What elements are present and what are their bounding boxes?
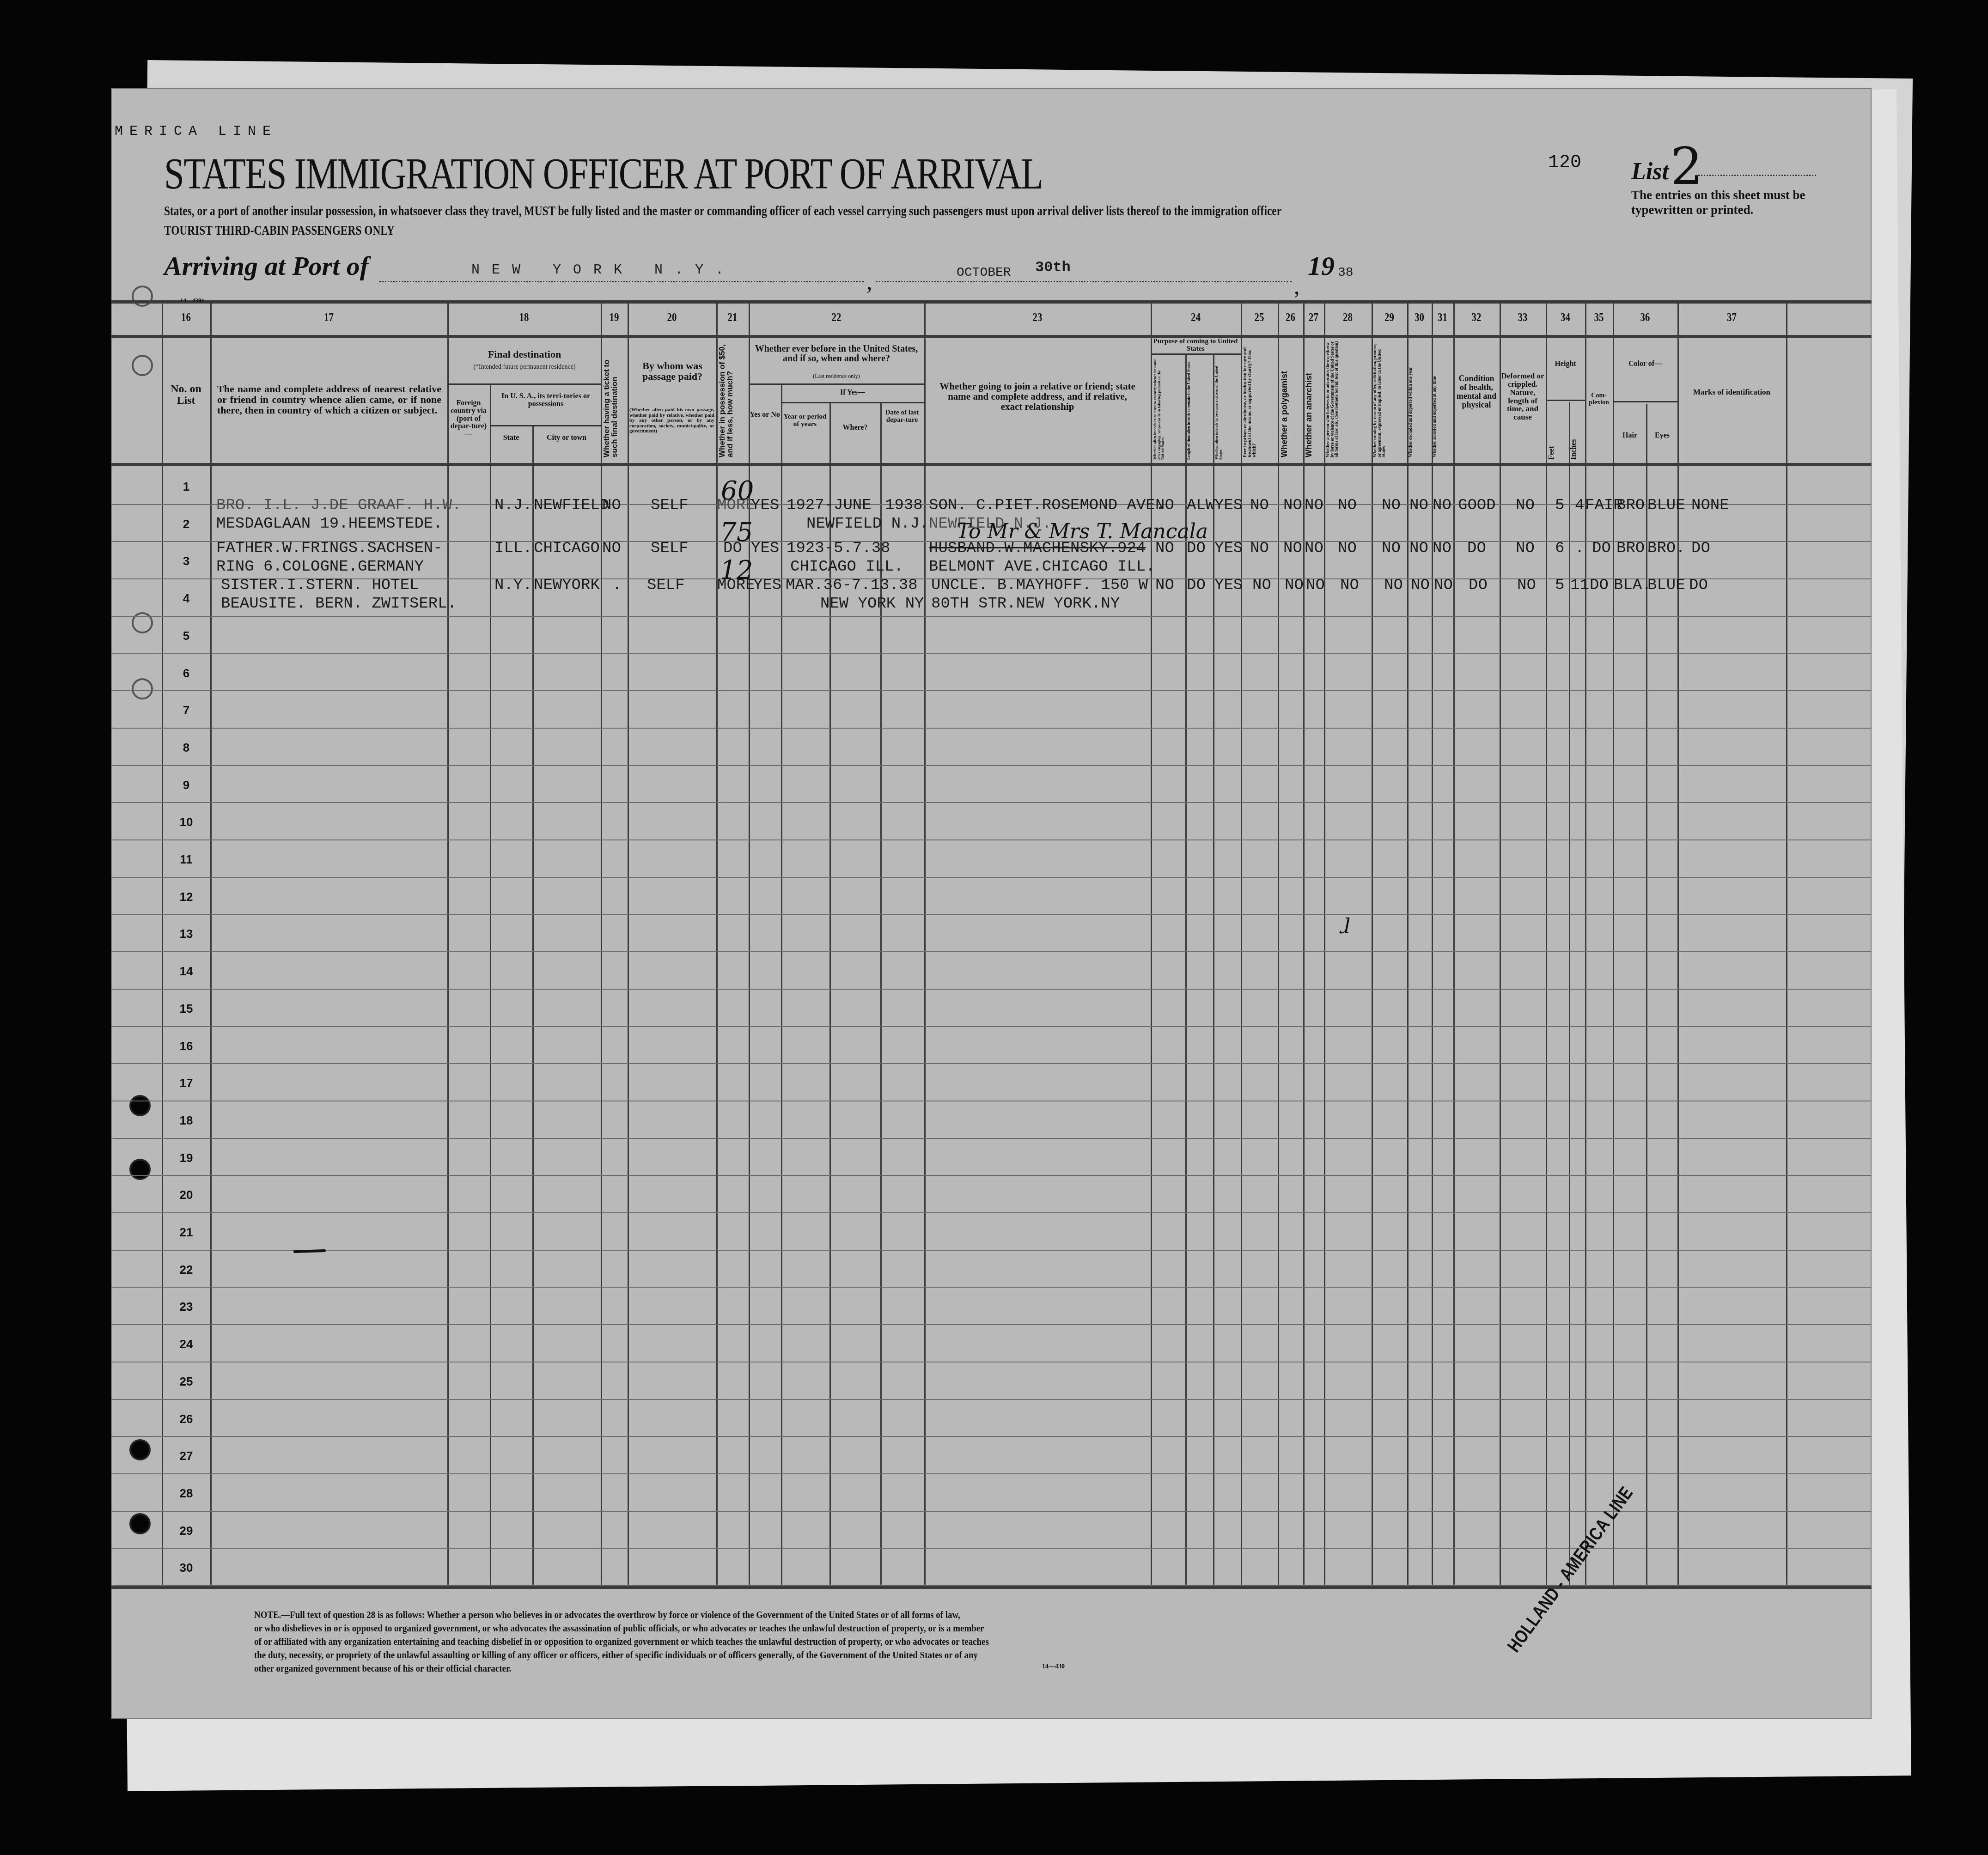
before-date: 1938 xyxy=(885,497,923,514)
row-rule xyxy=(111,877,1872,878)
prison: NO xyxy=(1250,497,1269,514)
row-rule xyxy=(111,653,1872,654)
col-rule xyxy=(601,300,602,1585)
col-num-21: 21 xyxy=(720,310,745,324)
dest-city: NEWFIELD xyxy=(534,497,609,514)
dest-city: NEWYORK xyxy=(534,577,600,594)
row-number: 7 xyxy=(170,703,202,718)
before-where: NEW YORK NY xyxy=(820,595,924,613)
relative-line2: BEAUSITE. BERN. ZWITSERL. xyxy=(221,595,457,613)
hair-color: BLA. xyxy=(1614,577,1652,594)
before-yes: YES xyxy=(751,540,779,557)
height-inches: . xyxy=(1575,540,1584,557)
length-of-stay: ALW xyxy=(1187,497,1215,514)
col-num-23: 23 xyxy=(947,310,1128,324)
question-28: NO xyxy=(1338,497,1357,514)
polygamist: NO xyxy=(1285,577,1304,594)
sub-rule xyxy=(490,425,601,426)
question-29: NO xyxy=(1384,577,1403,594)
sub-rule xyxy=(749,383,924,385)
manifest-table: 14—430c xyxy=(111,300,1872,1594)
col-rule xyxy=(490,383,491,1585)
row-rule xyxy=(111,914,1872,915)
col-num-26: 26 xyxy=(1281,310,1301,324)
col-num-34: 34 xyxy=(1550,310,1581,324)
row-number: 16 xyxy=(170,1039,202,1053)
row-rule xyxy=(111,951,1872,952)
paid-by: SELF xyxy=(647,577,685,594)
row-rule xyxy=(111,1175,1872,1176)
header-state: State xyxy=(490,434,532,442)
question-30: NO xyxy=(1409,540,1428,557)
col-num-33: 33 xyxy=(1504,310,1541,324)
col-rule xyxy=(1546,300,1547,1585)
intends-return: NO xyxy=(1155,497,1174,514)
sub-rule xyxy=(447,383,601,385)
header-if-yes: If Yes— xyxy=(781,389,924,397)
header-purpose: Purpose of coming to United States xyxy=(1152,338,1239,353)
col-num-29: 29 xyxy=(1375,310,1404,324)
col-num-32: 32 xyxy=(1458,310,1495,324)
anarchist: NO xyxy=(1305,497,1323,514)
sub-rule xyxy=(781,402,924,403)
before-yes: YES xyxy=(751,497,779,514)
complexion: DO xyxy=(1590,577,1609,594)
polygamist: NO xyxy=(1283,497,1302,514)
year-prefix: 19 xyxy=(1308,250,1335,281)
dest-state: N.J. xyxy=(494,497,532,514)
header-color-of: Color of— xyxy=(1614,360,1677,368)
port-dotline xyxy=(379,281,864,282)
col-num-16: 16 xyxy=(167,310,206,324)
date-dotline xyxy=(876,281,1292,282)
table-bottom-rule xyxy=(111,1586,1872,1589)
list-number: 2 xyxy=(1671,137,1703,196)
money-handwritten: 75 xyxy=(720,517,753,547)
row-number: 12 xyxy=(170,890,202,904)
prison: NO xyxy=(1252,577,1271,594)
before-period: 1927-JUNE xyxy=(787,497,872,514)
height-feet: 5 xyxy=(1555,577,1564,594)
marks: DO xyxy=(1689,577,1708,594)
health: DO xyxy=(1469,577,1488,594)
header-inches: Inches xyxy=(1570,418,1584,460)
header-arrested-deported: Whether arrested and deported at any tim… xyxy=(1433,340,1452,457)
row-number: 5 xyxy=(170,629,202,643)
row-number: 15 xyxy=(170,1002,202,1016)
header-number-rule xyxy=(111,335,1872,338)
col-rule xyxy=(210,300,212,1585)
page-title: STATES IMMIGRATION OFFICER AT PORT OF AR… xyxy=(164,148,1043,199)
col-rule xyxy=(924,300,926,1585)
row-rule xyxy=(111,989,1872,990)
col-rule xyxy=(532,425,534,1585)
header-final-destination-sub: (*Intended future permanent residence) xyxy=(451,364,598,371)
join-line1: HUSBAND.W.MACHENSKY.924 xyxy=(929,540,1146,557)
row-rule xyxy=(111,1026,1872,1027)
row-rule xyxy=(111,802,1872,803)
form-code-top: 14—430c xyxy=(180,297,204,304)
row-number: 1 xyxy=(170,480,202,494)
row-number: 23 xyxy=(170,1300,202,1314)
col-rule xyxy=(1432,300,1433,1585)
row-number: 9 xyxy=(170,778,202,792)
comma: , xyxy=(866,268,872,295)
col-rule xyxy=(1500,300,1501,1585)
row-number: 2 xyxy=(170,517,202,531)
header-complexion: Com-plexion xyxy=(1586,393,1612,406)
col-rule xyxy=(1407,300,1409,1585)
header-date-last-departure: Date of last depar-ture xyxy=(881,409,923,424)
question-29: NO xyxy=(1382,497,1401,514)
col-num-37: 37 xyxy=(1689,310,1775,324)
marks: NONE xyxy=(1691,497,1729,514)
row-rule xyxy=(111,1101,1872,1101)
row-number: 26 xyxy=(170,1412,202,1426)
complexion: DO xyxy=(1592,540,1611,557)
form-code-bottom: 14—430 xyxy=(1042,1663,1065,1671)
header-bottom-rule xyxy=(111,463,1872,466)
join-line2: 80TH STR.NEW YORK.NY xyxy=(931,595,1120,613)
row-number: 18 xyxy=(170,1113,202,1128)
col-num-28: 28 xyxy=(1329,310,1366,324)
col-rule xyxy=(1786,300,1787,1585)
sub-rule xyxy=(1613,401,1677,402)
money-handwritten: 12 xyxy=(720,555,753,585)
intends-return: NO xyxy=(1155,540,1174,557)
comma: , xyxy=(1294,273,1300,299)
header-no-on-list: No. on List xyxy=(164,383,208,407)
deformed: NO xyxy=(1516,540,1535,557)
intends-citizen: YES xyxy=(1214,497,1243,514)
footnote-line: the duty, necessity, or propriety of the… xyxy=(254,1648,989,1661)
col-num-22: 22 xyxy=(766,310,907,324)
row-number: 29 xyxy=(170,1524,202,1538)
header-year-period: Year or period of years xyxy=(782,414,828,428)
row-number: 10 xyxy=(170,815,202,829)
row-rule xyxy=(111,765,1872,766)
before-where: CHICAGO ILL. xyxy=(790,558,903,576)
col-num-30: 30 xyxy=(1409,310,1429,324)
dest-state: N.Y. xyxy=(494,577,532,594)
header-ever-before: Whether ever before in the United States… xyxy=(751,344,922,364)
col-rule xyxy=(628,300,629,1585)
question-31: NO xyxy=(1433,540,1451,557)
ticket: NO xyxy=(602,540,621,557)
manifest-sheet: MERICA LINE STATES IMMIGRATION OFFICER A… xyxy=(111,88,1872,1719)
footnote-line: other organized government because of hi… xyxy=(254,1661,989,1675)
eye-color: BLUE xyxy=(1647,497,1685,514)
row-number: 24 xyxy=(170,1337,202,1351)
ticket: . xyxy=(612,577,622,594)
length-of-stay: DO xyxy=(1187,540,1206,557)
col-rule xyxy=(162,300,163,1585)
row-rule xyxy=(111,1212,1872,1213)
col-num-18: 18 xyxy=(463,310,585,324)
dest-state: ILL. xyxy=(494,540,532,557)
header-deformed: Deformed or crippled. Nature, length of … xyxy=(1500,372,1545,421)
row-rule xyxy=(111,728,1872,729)
eye-color: BRO. xyxy=(1647,540,1685,557)
relative-line2: MESDAGLAAN 19.HEEMSTEDE. xyxy=(216,515,443,533)
row-number: 25 xyxy=(170,1375,202,1389)
date-month: OCTOBER xyxy=(957,266,1011,280)
header-final-destination: Final destination xyxy=(451,349,598,359)
relative-line1: SISTER.I.STERN. HOTEL xyxy=(221,577,419,594)
header-in-usa: In U. S. A., its terri-tories or possess… xyxy=(492,393,599,408)
row-rule xyxy=(111,690,1872,691)
header-intends-citizen: Whether alien intends to be-come a citiz… xyxy=(1214,358,1239,460)
col-num-31: 31 xyxy=(1434,310,1451,324)
health: GOOD xyxy=(1458,497,1496,514)
list-label: List xyxy=(1631,158,1669,185)
header-intends-return: Whether alien intends to re-turn to coun… xyxy=(1153,358,1183,460)
dest-city: CHICAGO xyxy=(534,540,600,557)
header-height: Height xyxy=(1546,360,1585,368)
marks: DO xyxy=(1691,540,1710,557)
col-rule xyxy=(1241,300,1242,1585)
join-line1: SON. C.PIET.ROSEMOND AVE. xyxy=(929,497,1165,514)
col-num-25: 25 xyxy=(1244,310,1274,324)
header-prison-almshouse: Ever in prison or almshouse, or institu-… xyxy=(1243,340,1275,457)
row-number: 3 xyxy=(170,554,202,568)
col-rule xyxy=(1372,300,1373,1585)
col-rule xyxy=(1278,300,1279,1585)
paid-by: SELF xyxy=(651,540,689,557)
row-rule xyxy=(111,616,1872,617)
col-rule xyxy=(1677,300,1679,1585)
date-day: 30th xyxy=(1035,259,1071,276)
arriving-label: Arriving at Port of xyxy=(164,250,369,281)
before-where: NEWFIELD N.J. xyxy=(806,515,929,533)
deformed: NO xyxy=(1517,577,1536,594)
intends-citizen: YES xyxy=(1214,577,1243,594)
header-ticket: Whether having a ticket to such final de… xyxy=(603,344,626,457)
header-last-residence: (Last residence only) xyxy=(751,373,922,379)
port-value: N E W Y O R K N . Y . xyxy=(471,262,726,278)
row-rule xyxy=(111,1138,1872,1139)
join-line1: UNCLE. B.MAYHOFF. 150 W xyxy=(931,577,1148,594)
relative-line2: RING 6.COLOGNE.GERMANY xyxy=(216,558,424,576)
typewritten-note: The entries on this sheet must be typewr… xyxy=(1631,188,1807,217)
header-anarchist: Whether an anarchist xyxy=(1305,340,1323,457)
col-rule xyxy=(1453,300,1455,1585)
header-city: City or town xyxy=(532,434,601,442)
row-rule xyxy=(111,1399,1872,1400)
join-line2: BELMONT AVE.CHICAGO ILL. xyxy=(929,558,1155,576)
before-period: MAR.36-7.13.38 xyxy=(786,577,918,594)
height-feet: 6 xyxy=(1555,540,1564,557)
row-number: 28 xyxy=(170,1486,202,1501)
sub-rule xyxy=(1151,353,1241,355)
polygamist: NO xyxy=(1283,540,1302,557)
ink-mark xyxy=(293,1249,326,1253)
footnote-line: or who disbelieves in or is opposed to o… xyxy=(254,1621,989,1635)
header-possession-50: Whether in possession of $50, and if les… xyxy=(718,344,747,457)
row-number: 21 xyxy=(170,1225,202,1240)
row-rule xyxy=(111,839,1872,840)
row-rule xyxy=(111,1548,1872,1549)
row-number: 27 xyxy=(170,1449,202,1463)
before-period: 1923-5.7.38 xyxy=(787,540,890,557)
question-30: NO xyxy=(1409,497,1428,514)
header-hair: Hair xyxy=(1614,432,1646,440)
money-handwritten: 60 xyxy=(721,476,754,506)
col-rule xyxy=(1213,353,1214,1585)
question-30: NO xyxy=(1411,577,1430,594)
row-number: 17 xyxy=(170,1076,202,1090)
row-rule xyxy=(111,1473,1872,1474)
intends-return: NO xyxy=(1155,577,1174,594)
row-number: 30 xyxy=(170,1561,202,1575)
class-note: TOURIST THIRD-CABIN PASSENGERS ONLY xyxy=(164,223,395,238)
list-dotline xyxy=(1696,175,1816,176)
page-number: 120 xyxy=(1548,152,1581,173)
row-rule xyxy=(111,1362,1872,1362)
subtitle: States, or a port of another insular pos… xyxy=(164,203,1281,219)
anarchist: NO xyxy=(1305,540,1323,557)
sub-rule xyxy=(1546,400,1585,401)
col-num-35: 35 xyxy=(1588,310,1610,324)
question-28: NO xyxy=(1338,540,1357,557)
anarchist: NO xyxy=(1306,577,1325,594)
relative-line1: FATHER.W.FRINGS.SACHSEN- xyxy=(216,540,443,557)
col-num-24: 24 xyxy=(1160,310,1232,324)
col-rule xyxy=(1324,300,1325,1585)
table-top-rule xyxy=(111,300,1872,304)
header-question-28: Whether a person who believes in or advo… xyxy=(1326,340,1370,457)
header-nearest-relative: The name and complete address of nearest… xyxy=(217,383,441,415)
paid-by: SELF xyxy=(651,497,689,514)
header-marks-identification: Marks of identification xyxy=(1680,388,1784,396)
height-feet: 5 xyxy=(1555,497,1564,514)
row-number: 13 xyxy=(170,927,202,941)
header-going-to-join: Whether going to join a relative or frie… xyxy=(938,381,1137,412)
col-num-27: 27 xyxy=(1305,310,1322,324)
header-length-of-stay: Length of time alien intends to remain i… xyxy=(1187,358,1212,460)
row-number: 20 xyxy=(170,1188,202,1202)
col-num-19: 19 xyxy=(604,310,625,324)
row-rule xyxy=(111,1063,1872,1064)
height-inches: 4 xyxy=(1575,497,1584,514)
footnote: NOTE.—Full text of question 28 is as fol… xyxy=(254,1608,1109,1675)
prison: NO xyxy=(1250,540,1269,557)
row-number: 14 xyxy=(170,964,202,979)
height-inches: 11 xyxy=(1570,577,1589,594)
col-num-20: 20 xyxy=(636,310,707,324)
header-yes-or-no: Yes or No xyxy=(750,411,780,419)
col-rule xyxy=(716,300,718,1585)
header-feet: Feet xyxy=(1548,425,1567,460)
row-number: 4 xyxy=(170,591,202,606)
header-passage-paid-sub: (Whether alien paid his own passage, whe… xyxy=(629,407,714,434)
header-passage-paid: By whom was passage paid? xyxy=(631,360,714,382)
row-number: 19 xyxy=(170,1151,202,1165)
line-header-fragment: MERICA LINE xyxy=(115,124,277,140)
length-of-stay: DO xyxy=(1187,577,1206,594)
header-polygamist: Whether a polygamist xyxy=(1280,340,1301,457)
row-rule xyxy=(111,1436,1872,1437)
row-rule xyxy=(111,1324,1872,1325)
col-num-17: 17 xyxy=(234,310,423,324)
question-29: NO xyxy=(1382,540,1401,557)
year-suffix: 38 xyxy=(1338,266,1354,280)
list-number-block: List 2 The entries on this sheet must be… xyxy=(1631,132,1825,217)
col-rule xyxy=(1151,300,1152,1585)
ticket: NO xyxy=(602,497,621,514)
health: DO xyxy=(1467,540,1486,557)
col-rule xyxy=(781,383,782,1585)
col-rule xyxy=(1585,300,1586,1585)
row-number: 22 xyxy=(170,1263,202,1277)
deformed: NO xyxy=(1516,497,1535,514)
header-condition-health: Condition of health, mental and physical xyxy=(1454,374,1499,409)
header-eyes: Eyes xyxy=(1647,432,1677,440)
col-num-36: 36 xyxy=(1619,310,1671,324)
header-excluded-deported: Whether excluded and deported within one… xyxy=(1409,340,1430,457)
header-labor-offer: Whether coming by reason of any offer, s… xyxy=(1373,340,1406,457)
row-number: 6 xyxy=(170,666,202,681)
eye-color: BLUE xyxy=(1647,577,1685,594)
question-31: NO xyxy=(1434,577,1453,594)
relative-line1: BRO. I.L. J.DE GRAAF. H.W. xyxy=(216,497,462,514)
col-rule xyxy=(1303,300,1305,1585)
row-number: 11 xyxy=(170,852,202,867)
question-31: NO xyxy=(1433,497,1451,514)
row-rule xyxy=(111,1250,1872,1251)
footnote-line: of or affiliated with any organization e… xyxy=(254,1635,989,1648)
row-number: 8 xyxy=(170,741,202,755)
row-rule xyxy=(111,1287,1872,1288)
col-rule xyxy=(1613,300,1614,1585)
pencil-scribble: ɺ xyxy=(1340,915,1350,938)
question-28: NO xyxy=(1340,577,1359,594)
header-foreign-country: Foreign country via (port of depar-ture)… xyxy=(448,400,489,438)
before-yes: YES xyxy=(753,577,781,594)
footnote-line: NOTE.—Full text of question 28 is as fol… xyxy=(254,1608,989,1621)
header-where: Where? xyxy=(831,424,879,432)
intends-citizen: YES xyxy=(1214,540,1243,557)
col-rule xyxy=(447,300,449,1585)
